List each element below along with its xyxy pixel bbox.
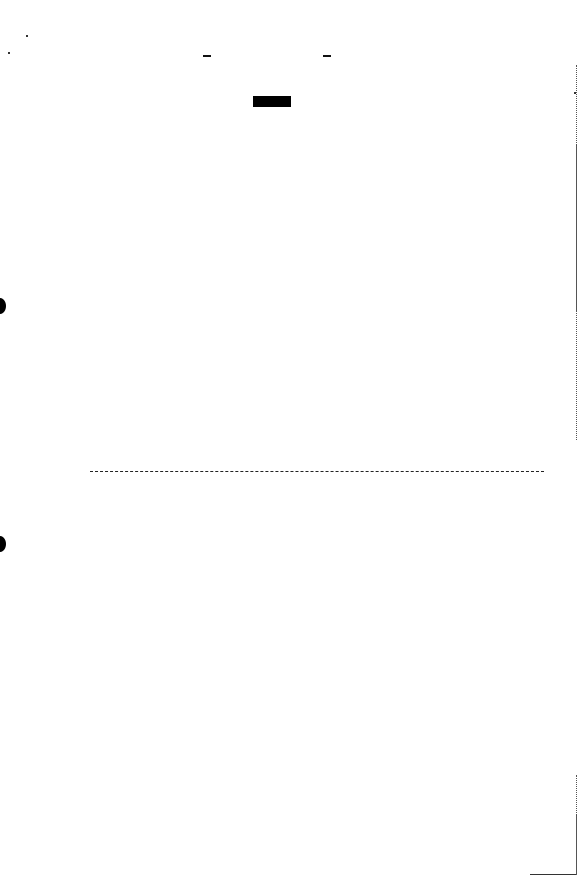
section-d-heading-2	[90, 470, 544, 472]
scan-edge-line	[576, 815, 577, 875]
scan-edge-line	[530, 874, 576, 875]
page-number-dash-right	[323, 55, 331, 57]
scan-speck	[26, 35, 28, 37]
scan-edge-line	[576, 65, 577, 145]
subject-birth-line	[253, 96, 291, 110]
punch-hole-upper	[0, 298, 6, 314]
page-number-dash-left	[203, 55, 211, 57]
scan-edge-line	[576, 145, 577, 310]
scan-speck	[8, 52, 10, 54]
redaction-bar	[253, 96, 291, 107]
scan-edge-line	[576, 310, 577, 440]
scan-edge-line	[576, 775, 577, 815]
scan-speck	[574, 92, 576, 94]
punch-hole-lower	[0, 536, 6, 552]
